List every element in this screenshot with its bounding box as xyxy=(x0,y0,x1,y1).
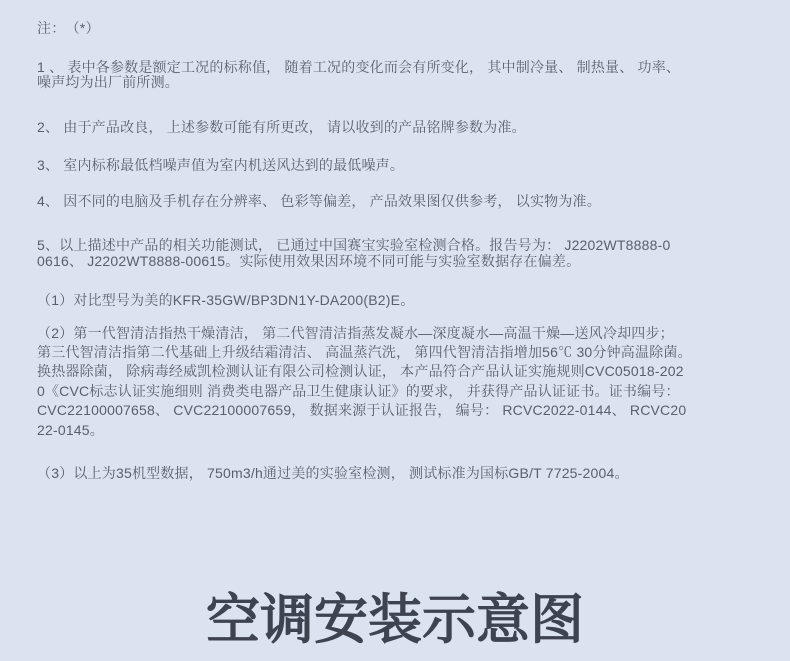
notes-header: 注： （*） xyxy=(37,21,770,37)
installation-diagram-title: 空调安装示意图 xyxy=(0,591,790,649)
note-subitem-1: （1）对比型号为美的KFR-35GW/BP3DN1Y-DA200(B2)E。 xyxy=(37,293,770,309)
note-subitem-3: （3）以上为35机型数据， 750m3/h通过美的实验室检测， 测试标准为国标G… xyxy=(37,464,770,483)
note-item-2: 2、 由于产品改良， 上述参数可能有所更改， 请以收到的产品铭牌参数为准。 xyxy=(37,120,770,136)
note-subitem-2: （2）第一代智清洁指热干燥清洁， 第二代智清洁指蒸发凝水—深度凝水—高温干燥—送… xyxy=(37,324,770,440)
product-notes-page: 注： （*） 1 、 表中各参数是额定工况的标称值， 随着工况的变化而会有所变化… xyxy=(0,0,790,661)
note-item-3: 3、 室内标称最低档噪声值为室内机送风达到的最低噪声。 xyxy=(37,158,770,174)
notes-section: 注： （*） 1 、 表中各参数是额定工况的标称值， 随着工况的变化而会有所变化… xyxy=(0,21,790,483)
note-item-4: 4、 因不同的电脑及手机存在分辨率、 色彩等偏差， 产品效果图仅供参考， 以实物… xyxy=(37,194,770,210)
note-item-5: 5、以上描述中产品的相关功能测试， 已通过中国赛宝实验室检测合格。报告号为： J… xyxy=(37,238,770,269)
note-item-1: 1 、 表中各参数是额定工况的标称值， 随着工况的变化而会有所变化， 其中制冷量… xyxy=(37,60,770,91)
